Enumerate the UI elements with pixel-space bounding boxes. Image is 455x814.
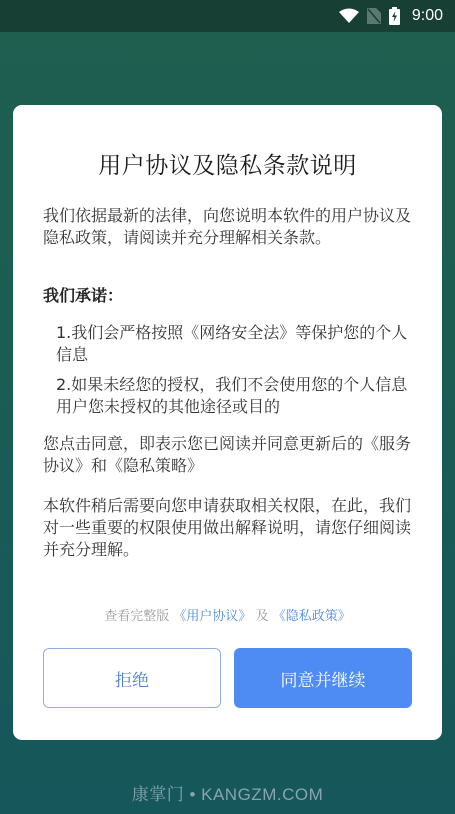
- links-prefix: 查看完整版: [104, 609, 169, 624]
- reject-button-label: 拒绝: [115, 666, 149, 691]
- reject-button[interactable]: 拒绝: [43, 648, 221, 708]
- battery-charging-icon: [389, 7, 400, 25]
- wifi-icon: [339, 8, 359, 24]
- privacy-dialog: 用户协议及隐私条款说明 我们依据最新的法律，向您说明本软件的用户协议及隐私政策，…: [13, 105, 442, 740]
- agree-continue-button[interactable]: 同意并继续: [234, 648, 412, 708]
- consent-text: 您点击同意，即表示您已阅读并同意更新后的《服务协议》和《隐私策略》: [43, 433, 413, 477]
- intro-text: 我们依据最新的法律，向您说明本软件的用户协议及隐私政策，请阅读并充分理解相关条款…: [43, 205, 413, 249]
- promise-item: 2.如果未经您的授权，我们不会使用您的个人信息用户您未授权的其他途径或目的: [56, 374, 416, 418]
- privacy-policy-link[interactable]: 《隐私政策》: [273, 609, 351, 624]
- watermark: 康掌门 • KANGZM.COM: [0, 780, 455, 805]
- promise-item: 1.我们会严格按照《网络安全法》等保护您的个人信息: [56, 322, 416, 366]
- full-documents-links: 查看完整版 《用户协议》 及 《隐私政策》: [13, 605, 442, 624]
- promise-list: 1.我们会严格按照《网络安全法》等保护您的个人信息 2.如果未经您的授权，我们不…: [56, 322, 416, 426]
- links-conjunction: 及: [256, 609, 269, 624]
- status-time: 9:00: [412, 7, 443, 25]
- user-agreement-link[interactable]: 《用户协议》: [173, 609, 251, 624]
- dialog-title: 用户协议及隐私条款说明: [13, 147, 442, 180]
- agree-button-label: 同意并继续: [281, 666, 366, 691]
- status-bar: 9:00: [0, 0, 455, 32]
- permissions-text: 本软件稍后需要向您申请获取相关权限，在此，我们对一些重要的权限使用做出解释说明，…: [43, 495, 413, 561]
- promise-heading: 我们承诺：: [43, 285, 413, 307]
- no-sim-icon: [367, 8, 381, 24]
